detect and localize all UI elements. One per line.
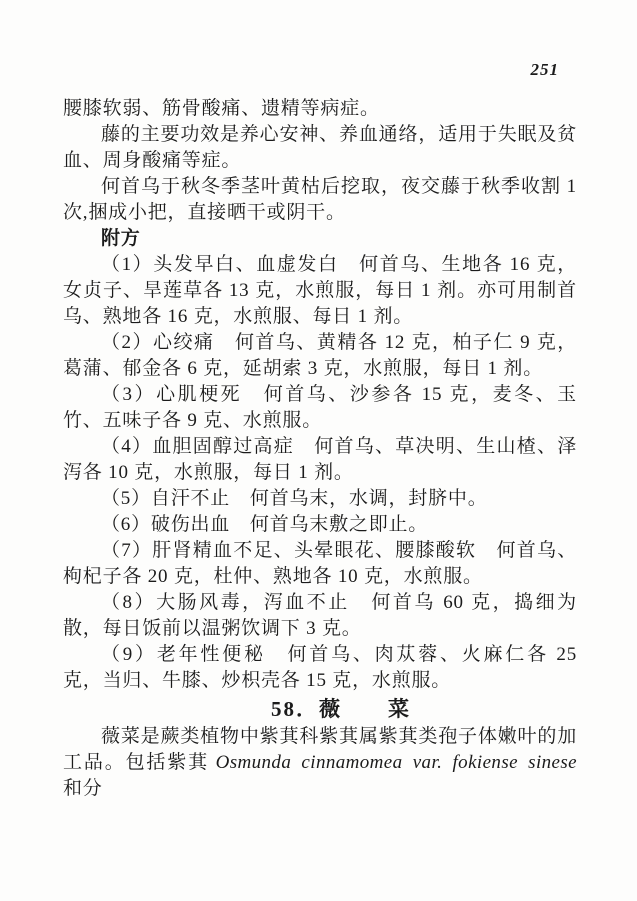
paragraph-weicai-intro: 薇菜是蕨类植物中紫萁科紫萁属紫萁类孢子体嫩叶的加工品。包括紫萁 Osmunda … (63, 724, 577, 802)
prescription-item-7: （7）肝肾精血不足、头晕眼花、腰膝酸软 何首乌、枸杞子各 20 克，杜仲、熟地各… (63, 538, 577, 590)
prescription-item-2: （2）心绞痛 何首乌、黄精各 12 克，柏子仁 9 克，葛蒲、郁金各 6 克，延… (63, 330, 577, 382)
paragraph-symptoms-continuation: 腰膝软弱、筋骨酸痛、遗精等病症。 (63, 96, 577, 122)
prescription-item-3: （3）心肌梗死 何首乌、沙参各 15 克，麦冬、玉竹、五味子各 9 克、水煎服。 (63, 382, 577, 434)
latin-species-name: Osmunda cinnamomea var. fokiense sinese (216, 752, 577, 773)
paragraph-harvest-method: 何首乌于秋冬季茎叶黄枯后挖取，夜交藤于秋季收割 1 次,捆成小把，直接晒干或阴干… (63, 174, 577, 226)
prescription-item-8: （8）大肠风毒，泻血不止 何首乌 60 克，捣细为散，每日饭前以温粥饮调下 3 … (63, 590, 577, 642)
section-heading-weicai: 58．薇 菜 (63, 694, 577, 724)
weicai-intro-text-after: 和分 (63, 778, 103, 799)
prescription-item-5: （5）自汗不止 何首乌末，水调，封脐中。 (63, 486, 577, 512)
prescription-item-9: （9）老年性便秘 何首乌、肉苁蓉、火麻仁各 25 克，当归、牛膝、炒枳壳各 15… (63, 642, 577, 694)
page-content: 腰膝软弱、筋骨酸痛、遗精等病症。 藤的主要功效是养心安神、养血通络，适用于失眠及… (63, 96, 577, 802)
prescription-item-1: （1）头发早白、血虚发白 何首乌、生地各 16 克，女贞子、旱莲草各 13 克，… (63, 252, 577, 330)
book-page-scan: 251 腰膝软弱、筋骨酸痛、遗精等病症。 藤的主要功效是养心安神、养血通络，适用… (0, 0, 637, 901)
prescription-item-6: （6）破伤出血 何首乌末敷之即止。 (63, 512, 577, 538)
prescription-item-4: （4）血胆固醇过高症 何首乌、草决明、生山楂、泽泻各 10 克，水煎服，每日 1… (63, 434, 577, 486)
paragraph-teng-effects: 藤的主要功效是养心安神、养血通络，适用于失眠及贫血、周身酸痛等症。 (63, 122, 577, 174)
page-number: 251 (531, 60, 560, 80)
subhead-fufang: 附方 (63, 226, 577, 252)
